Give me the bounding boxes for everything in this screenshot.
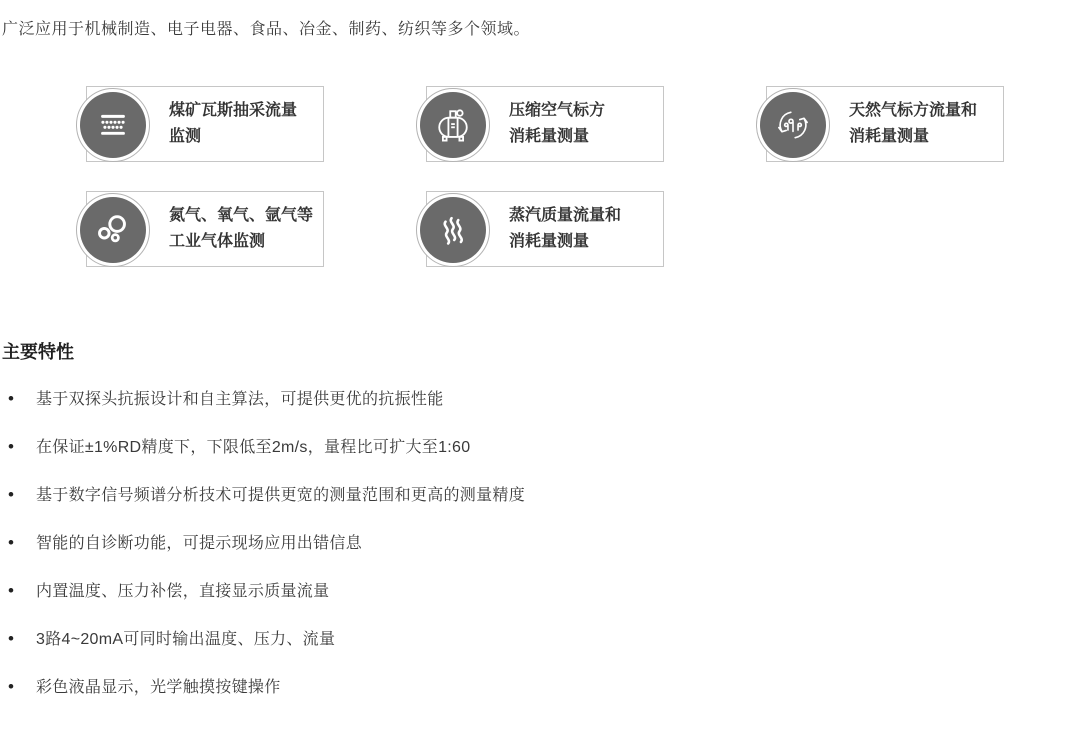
application-card-compressed-air: 压缩空气标方 消耗量测量 bbox=[426, 86, 664, 162]
intro-paragraph: 广泛应用于机械制造、电子电器、食品、冶金、制药、纺织等多个领域。 bbox=[2, 19, 530, 41]
features-list: 基于双探头抗振设计和自主算法，可提供更优的抗振性能 在保证±1%RD精度下，下限… bbox=[0, 389, 1080, 725]
feature-item: 内置温度、压力补偿，直接显示质量流量 bbox=[0, 581, 1080, 629]
steam-icon bbox=[420, 197, 486, 263]
application-card-title: 蒸汽质量流量和 消耗量测量 bbox=[509, 203, 621, 255]
feature-item: 彩色液晶显示，光学触摸按键操作 bbox=[0, 677, 1080, 725]
application-card-title: 压缩空气标方 消耗量测量 bbox=[509, 98, 605, 150]
gas-bubbles-icon bbox=[80, 197, 146, 263]
application-card-industrial-gas: 氮气、氧气、氩气等 工业气体监测 bbox=[86, 191, 324, 267]
feature-item: 在保证±1%RD精度下，下限低至2m/s，量程比可扩大至1:60 bbox=[0, 437, 1080, 485]
application-card-title: 氮气、氧气、氩气等 工业气体监测 bbox=[169, 203, 313, 255]
feature-item: 3路4~20mA可同时输出温度、压力、流量 bbox=[0, 629, 1080, 677]
application-card-natural-gas: 天然气标方流量和 消耗量测量 bbox=[766, 86, 1004, 162]
application-card-title: 天然气标方流量和 消耗量测量 bbox=[849, 98, 977, 150]
product-page: 广泛应用于机械制造、电子电器、食品、冶金、制药、纺织等多个领域。 煤矿瓦斯抽采流… bbox=[0, 0, 1080, 744]
air-compressor-icon bbox=[420, 92, 486, 158]
feature-item: 基于数字信号频谱分析技术可提供更宽的测量范围和更高的测量精度 bbox=[0, 485, 1080, 533]
features-heading: 主要特性 bbox=[2, 338, 74, 364]
application-card-steam: 蒸汽质量流量和 消耗量测量 bbox=[426, 191, 664, 267]
natural-gas-icon bbox=[760, 92, 826, 158]
coal-mine-icon bbox=[80, 92, 146, 158]
feature-item: 智能的自诊断功能，可提示现场应用出错信息 bbox=[0, 533, 1080, 581]
feature-item: 基于双探头抗振设计和自主算法，可提供更优的抗振性能 bbox=[0, 389, 1080, 437]
application-card-coal-mine: 煤矿瓦斯抽采流量 监测 bbox=[86, 86, 324, 162]
application-card-title: 煤矿瓦斯抽采流量 监测 bbox=[169, 98, 297, 150]
